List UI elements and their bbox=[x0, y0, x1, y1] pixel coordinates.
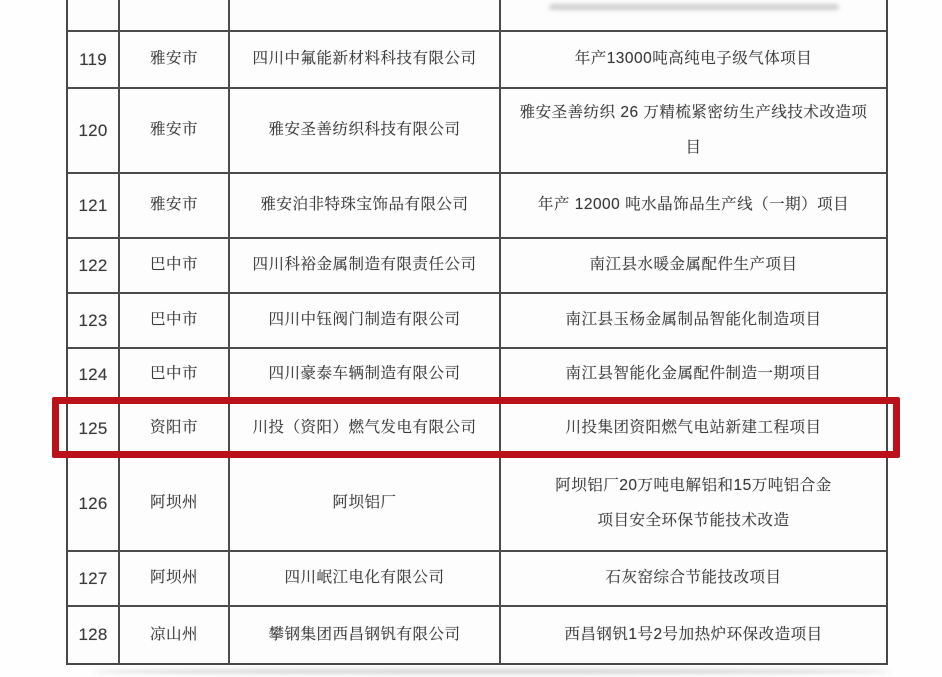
partial-cell-city bbox=[120, 0, 230, 30]
cell-company: 四川岷江电化有限公司 bbox=[230, 552, 501, 605]
cell-company: 攀钢集团西昌钢钒有限公司 bbox=[230, 607, 501, 663]
partial-top-row bbox=[68, 0, 886, 30]
cell-project: 石灰窑综合节能技改项目 bbox=[501, 552, 886, 605]
cell-company: 四川中钰阀门制造有限公司 bbox=[230, 294, 501, 347]
cell-project: 川投集团资阳燃气电站新建工程项目 bbox=[501, 402, 886, 455]
cell-company: 雅安泊非特珠宝饰品有限公司 bbox=[230, 174, 501, 237]
table-row-119: 119 雅安市 四川中氟能新材料科技有限公司 年产13000吨高纯电子级气体项目 bbox=[68, 30, 886, 87]
cell-company: 四川中氟能新材料科技有限公司 bbox=[230, 32, 501, 87]
cell-project: 阿坝铝厂20万吨电解铝和15万吨铝合金 项目安全环保节能技术改造 bbox=[501, 457, 886, 550]
cell-city: 巴中市 bbox=[120, 239, 230, 292]
cell-project: 南江县玉杨金属制品智能化制造项目 bbox=[501, 294, 886, 347]
table-row-125: 125 资阳市 川投（资阳）燃气发电有限公司 川投集团资阳燃气电站新建工程项目 bbox=[68, 400, 886, 455]
partial-cell-project bbox=[501, 0, 886, 30]
cell-city: 雅安市 bbox=[120, 174, 230, 237]
approval-table: 119 雅安市 四川中氟能新材料科技有限公司 年产13000吨高纯电子级气体项目… bbox=[66, 0, 888, 665]
cell-company: 四川科裕金属制造有限责任公司 bbox=[230, 239, 501, 292]
cutoff-text-smudge bbox=[549, 4, 839, 10]
cell-project: 年产13000吨高纯电子级气体项目 bbox=[501, 32, 886, 87]
cell-number: 124 bbox=[68, 349, 120, 400]
table-row-123: 123 巴中市 四川中钰阀门制造有限公司 南江县玉杨金属制品智能化制造项目 bbox=[68, 292, 886, 347]
partial-cell-company bbox=[230, 0, 501, 30]
table-row-122: 122 巴中市 四川科裕金属制造有限责任公司 南江县水暖金属配件生产项目 bbox=[68, 237, 886, 292]
table-row-121: 121 雅安市 雅安泊非特珠宝饰品有限公司 年产 12000 吨水晶饰品生产线（… bbox=[68, 172, 886, 237]
page-bottom-shadow bbox=[92, 669, 892, 674]
partial-cell-number bbox=[68, 0, 120, 30]
cell-city: 资阳市 bbox=[120, 402, 230, 455]
cell-project: 西昌钢钒1号2号加热炉环保改造项目 bbox=[501, 607, 886, 663]
cell-city: 凉山州 bbox=[120, 607, 230, 663]
cell-company: 四川豪泰车辆制造有限公司 bbox=[230, 349, 501, 400]
cell-number: 122 bbox=[68, 239, 120, 292]
table-row-120: 120 雅安市 雅安圣善纺织科技有限公司 雅安圣善纺织 26 万精梳紧密纺生产线… bbox=[68, 87, 886, 172]
cell-company: 川投（资阳）燃气发电有限公司 bbox=[230, 402, 501, 455]
cell-company: 阿坝铝厂 bbox=[230, 457, 501, 550]
cell-number: 119 bbox=[68, 32, 120, 87]
cell-number: 128 bbox=[68, 607, 120, 663]
cell-number: 126 bbox=[68, 457, 120, 550]
cell-company: 雅安圣善纺织科技有限公司 bbox=[230, 89, 501, 172]
table-row-126: 126 阿坝州 阿坝铝厂 阿坝铝厂20万吨电解铝和15万吨铝合金 项目安全环保节… bbox=[68, 455, 886, 550]
cell-city: 阿坝州 bbox=[120, 457, 230, 550]
cell-project: 年产 12000 吨水晶饰品生产线（一期）项目 bbox=[501, 174, 886, 237]
document-page: 119 雅安市 四川中氟能新材料科技有限公司 年产13000吨高纯电子级气体项目… bbox=[0, 0, 942, 677]
cell-city: 雅安市 bbox=[120, 32, 230, 87]
cell-project: 雅安圣善纺织 26 万精梳紧密纺生产线技术改造项 目 bbox=[501, 89, 886, 172]
cell-number: 125 bbox=[68, 402, 120, 455]
cell-city: 雅安市 bbox=[120, 89, 230, 172]
cell-city: 巴中市 bbox=[120, 349, 230, 400]
cell-project: 南江县水暖金属配件生产项目 bbox=[501, 239, 886, 292]
table-row-128: 128 凉山州 攀钢集团西昌钢钒有限公司 西昌钢钒1号2号加热炉环保改造项目 bbox=[68, 605, 886, 663]
cell-project: 南江县智能化金属配件制造一期项目 bbox=[501, 349, 886, 400]
cell-city: 阿坝州 bbox=[120, 552, 230, 605]
cell-number: 123 bbox=[68, 294, 120, 347]
cell-number: 127 bbox=[68, 552, 120, 605]
cell-number: 121 bbox=[68, 174, 120, 237]
cell-city: 巴中市 bbox=[120, 294, 230, 347]
table-row-124: 124 巴中市 四川豪泰车辆制造有限公司 南江县智能化金属配件制造一期项目 bbox=[68, 347, 886, 400]
table-row-127: 127 阿坝州 四川岷江电化有限公司 石灰窑综合节能技改项目 bbox=[68, 550, 886, 605]
cell-number: 120 bbox=[68, 89, 120, 172]
